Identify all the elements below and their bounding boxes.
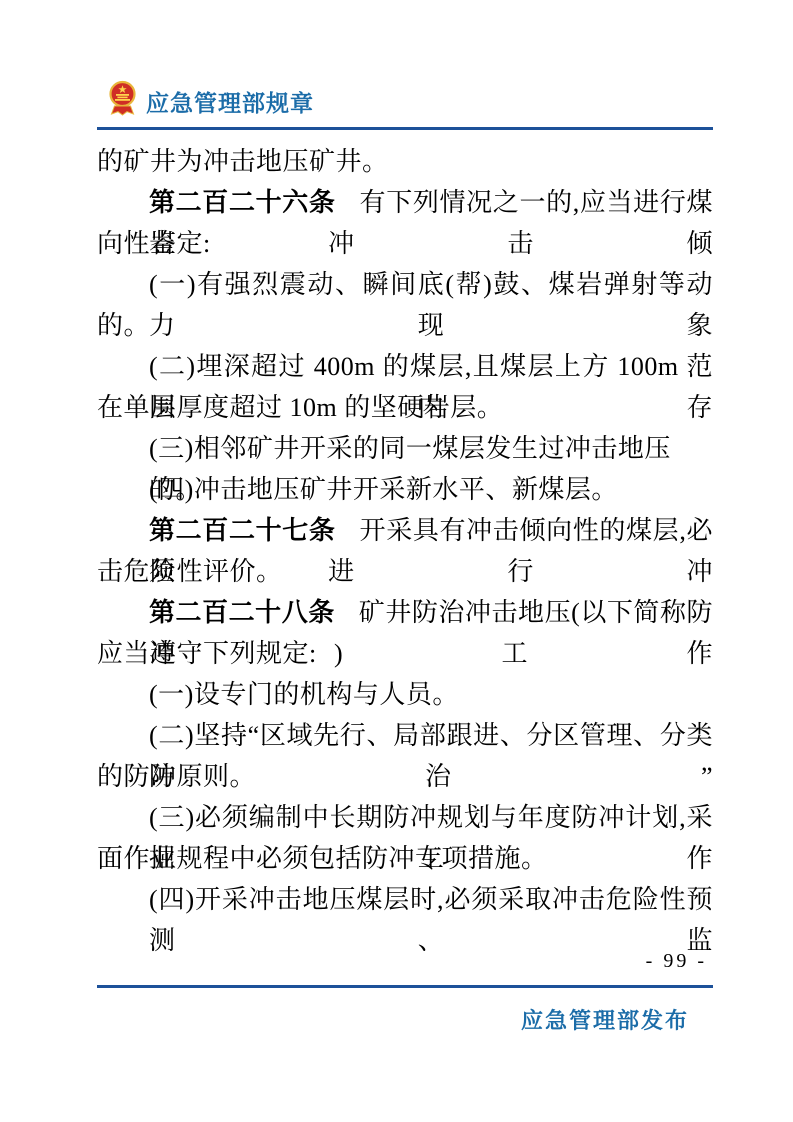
header-title: 应急管理部规章 xyxy=(146,85,314,118)
article-number: 第二百二十六条 xyxy=(149,188,336,217)
article-line: 第二百二十六条有下列情况之一的,应当进行煤岩冲击倾 xyxy=(97,182,713,223)
publisher-label: 应急管理部发布 xyxy=(97,1004,689,1035)
body-line: 的矿井为冲击地压矿井。 xyxy=(97,141,713,182)
body-line: (三)相邻矿井开采的同一煤层发生过冲击地压的。 xyxy=(97,428,713,469)
body-line: (三)必须编制中长期防冲规划与年度防冲计划,采掘工作 xyxy=(97,797,713,838)
body-line: (四)冲击地压矿井开采新水平、新煤层。 xyxy=(97,469,713,510)
footer-rule xyxy=(97,985,713,988)
page-header: 应急管理部规章 xyxy=(106,81,716,121)
body-line: (一)设专门的机构与人员。 xyxy=(97,674,713,715)
article-line: 第二百二十八条矿井防治冲击地压(以下简称防冲)工作 xyxy=(97,592,713,633)
article-number: 第二百二十七条 xyxy=(149,516,336,545)
national-emblem-icon xyxy=(106,80,139,123)
document-body: 的矿井为冲击地压矿井。 第二百二十六条有下列情况之一的,应当进行煤岩冲击倾 向性… xyxy=(97,141,713,920)
header-rule xyxy=(97,127,713,130)
document-page: 应急管理部规章 的矿井为冲击地压矿井。 第二百二十六条有下列情况之一的,应当进行… xyxy=(0,0,793,1122)
body-line: (二)坚持“区域先行、局部跟进、分区管理、分类防治” xyxy=(97,715,713,756)
body-line: (四)开采冲击地压煤层时,必须采取冲击危险性预测、监 xyxy=(97,879,713,920)
page-number: - 99 - xyxy=(97,950,707,973)
body-line: (一)有强烈震动、瞬间底(帮)鼓、煤岩弹射等动力现象 xyxy=(97,264,713,305)
body-line: (二)埋深超过 400m 的煤层,且煤层上方 100m 范围内存 xyxy=(97,346,713,387)
article-number: 第二百二十八条 xyxy=(149,598,335,627)
article-line: 第二百二十七条开采具有冲击倾向性的煤层,必须进行冲 xyxy=(97,510,713,551)
